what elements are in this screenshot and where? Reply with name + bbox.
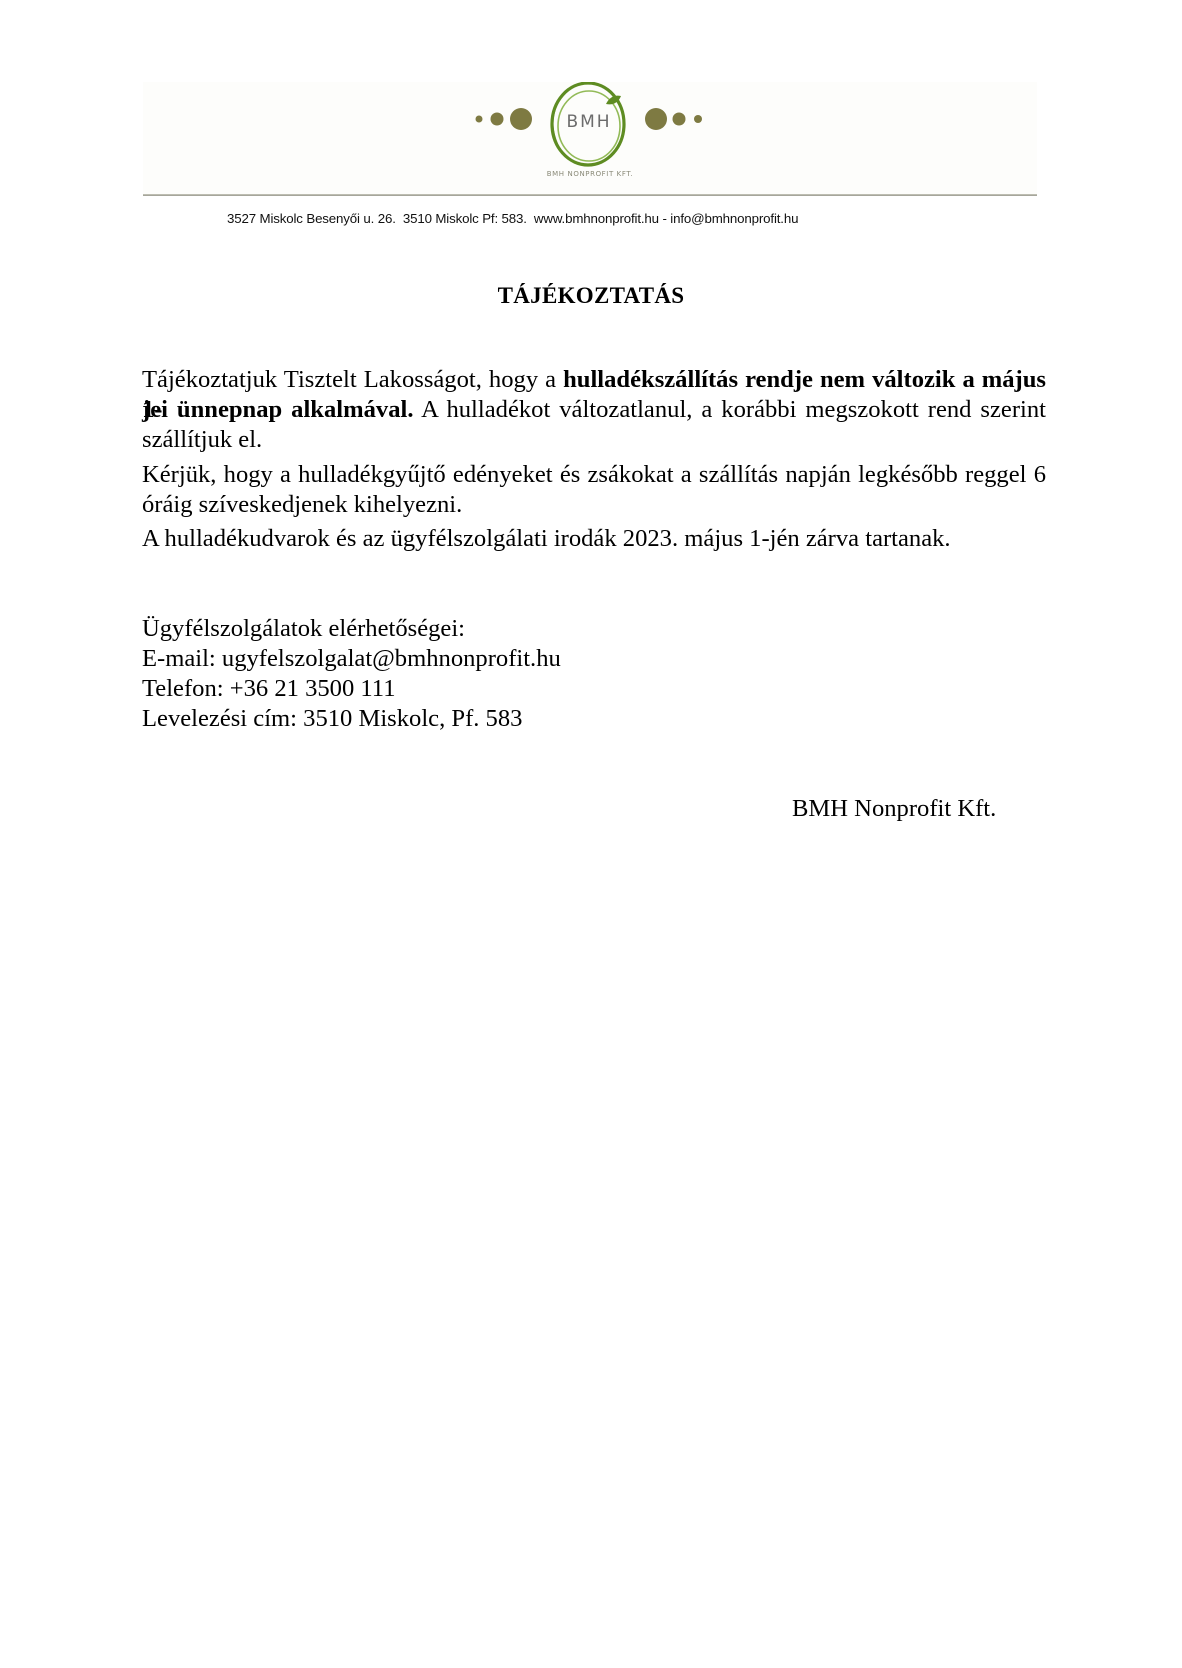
- paragraph-2-line-1: Kérjük, hogy a hulladékgyűjtő edényeket …: [142, 460, 1046, 490]
- document-page: BMH BMH NONPROFIT KFT. 3527 Miskolc Bese…: [0, 0, 1182, 1668]
- paragraph-1: Tájékoztatjuk Tisztelt Lakosságot, hogy …: [142, 365, 1046, 455]
- paragraph-1-line-2: jei ünnepnap alkalmával. A hulladékot vá…: [142, 395, 1046, 425]
- paragraph-2: Kérjük, hogy a hulladékgyűjtő edényeket …: [142, 460, 1046, 520]
- paragraph-1-line-1: Tájékoztatjuk Tisztelt Lakosságot, hogy …: [142, 365, 1046, 395]
- company-tagline: BMH NONPROFIT KFT.: [143, 170, 1037, 178]
- paragraph-3-line-1: A hulladékudvarok és az ügyfélszolgálati…: [142, 524, 1046, 554]
- contact-phone: Telefon: +36 21 3500 111: [142, 674, 561, 704]
- header-divider: [143, 194, 1037, 196]
- contacts-heading: Ügyfélszolgálatok elérhetőségei:: [142, 614, 561, 644]
- svg-text:BMH: BMH: [566, 112, 611, 132]
- text-normal: Tájékoztatjuk Tisztelt Lakosságot, hogy …: [142, 366, 563, 393]
- contact-email: E-mail: ugyfelszolgalat@bmhnonprofit.hu: [142, 644, 561, 674]
- contact-postal-address: Levelezési cím: 3510 Miskolc, Pf. 583: [142, 704, 561, 734]
- text-normal: A hulladékot változatlanul, a korábbi me…: [413, 396, 1046, 423]
- contact-block: Ügyfélszolgálatok elérhetőségei: E-mail:…: [142, 614, 561, 734]
- paragraph-3: A hulladékudvarok és az ügyfélszolgálati…: [142, 524, 1046, 554]
- document-title: TÁJÉKOZTATÁS: [0, 283, 1182, 309]
- signature: BMH Nonprofit Kft.: [792, 794, 996, 824]
- paragraph-2-line-2: óráig szíveskedjenek kihelyezni.: [142, 490, 1046, 520]
- address-line: 3527 Miskolc Besenyői u. 26. 3510 Miskol…: [227, 211, 798, 226]
- letterhead: BMH BMH NONPROFIT KFT.: [143, 82, 1037, 196]
- text-bold: jei ünnepnap alkalmával.: [142, 396, 413, 423]
- paragraph-1-line-3: szállítjuk el.: [142, 425, 1046, 455]
- bmh-logo-icon: BMH: [143, 82, 1037, 196]
